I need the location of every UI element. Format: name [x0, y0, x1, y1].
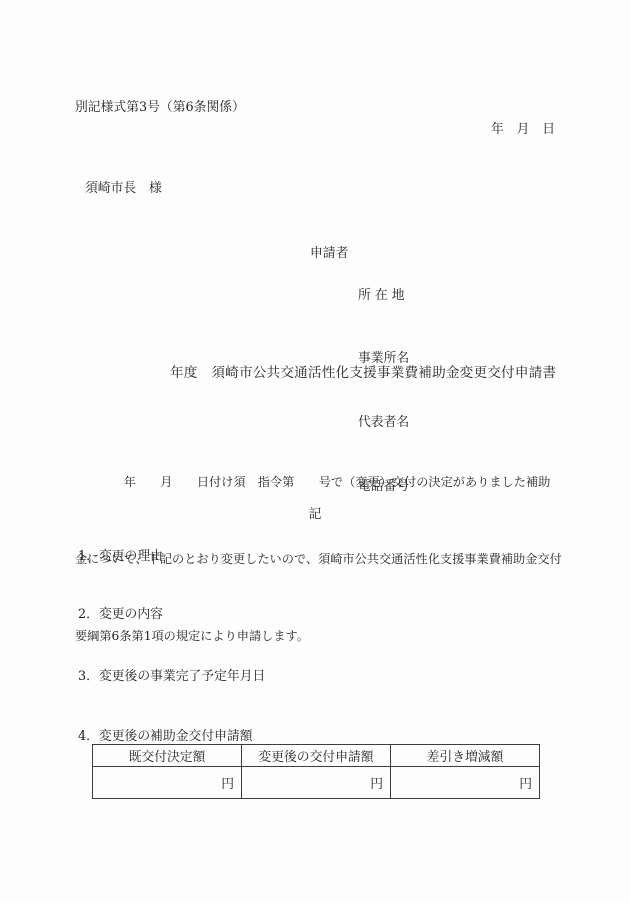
item-content-of-change: 2．変更の内容 — [78, 603, 163, 622]
record-mark: 記 — [0, 503, 630, 522]
form-number: 別記様式第3号（第6条関係） — [75, 96, 245, 115]
document-page: 別記様式第3号（第6条関係） 年 月 日 須崎市長 様 申請者 所 在 地 事業… — [0, 0, 630, 903]
item-subsidy-application-amount: 4．変更後の補助金交付申請額 — [78, 725, 253, 744]
item-reason-of-change: 1．変更の理由 — [78, 545, 163, 564]
header-difference-amount: 差引き増減額 — [391, 745, 540, 767]
date-line: 年 月 日 — [491, 118, 555, 137]
body-paragraph-line-3: 要綱第6条第1項の規定により申請します。 — [75, 624, 562, 650]
cell-decided-amount-yen: 円 — [93, 767, 242, 799]
item-planned-completion-date: 3．変更後の事業完了予定年月日 — [78, 665, 265, 684]
document-title: 年度 須崎市公共交通活性化支援事業費補助金変更交付申請書 — [170, 361, 556, 381]
addressee: 須崎市長 様 — [85, 177, 162, 196]
cell-changed-application-amount-yen: 円 — [242, 767, 391, 799]
header-changed-application-amount: 変更後の交付申請額 — [242, 745, 391, 767]
cell-difference-amount-yen: 円 — [391, 767, 540, 799]
table-value-row: 円 円 円 — [93, 767, 540, 799]
body-paragraph-line-1: 年 月 日付け須 指令第 号で（変更）交付の決定がありました補助 — [75, 470, 562, 496]
table-header-row: 既交付決定額 変更後の交付申請額 差引き増減額 — [93, 745, 540, 767]
applicant-address-field: 所 在 地 — [358, 285, 409, 306]
subsidy-amount-table: 既交付決定額 変更後の交付申請額 差引き増減額 円 円 円 — [92, 744, 540, 799]
header-decided-amount: 既交付決定額 — [93, 745, 242, 767]
applicant-label: 申請者 — [310, 242, 348, 261]
